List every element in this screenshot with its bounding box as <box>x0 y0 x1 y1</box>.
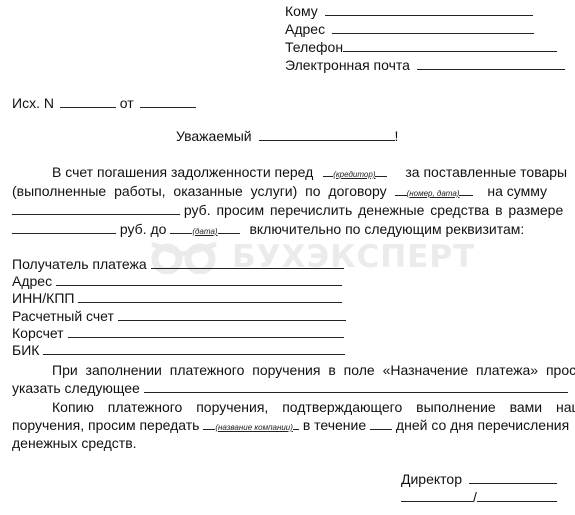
requisite-address-field[interactable] <box>56 272 342 286</box>
requisite-corr-account-field[interactable] <box>68 324 344 338</box>
copy-request-line-1: Копию платежного поручения, подтверждающ… <box>52 398 575 416</box>
requisite-address-row: Адрес <box>12 272 342 290</box>
recipient-to-row: Кому <box>285 2 533 20</box>
body-line-4: руб. до (дата) включительно по следующим… <box>12 220 524 241</box>
payment-purpose-line-2: указать следующее <box>12 379 568 397</box>
requisite-label: Расчетный счет <box>12 308 114 324</box>
body-text: за поставленные товары <box>405 164 567 180</box>
recipient-address-field[interactable] <box>332 20 534 34</box>
body-line-2: (выполненные работы, оказанные услуги) п… <box>12 182 547 203</box>
body-text: руб. просим перечислить денежные средств… <box>184 202 563 218</box>
body-text: (выполненные работы, оказанные услуги) п… <box>12 183 387 199</box>
body-line-3: руб. просим перечислить денежные средств… <box>12 201 563 219</box>
requisite-label: ИНН/КПП <box>12 290 74 306</box>
recipient-email-label: Электронная почта <box>285 57 410 73</box>
payment-purpose-field[interactable] <box>144 379 568 393</box>
requisite-recipient-row: Получатель платежа <box>12 255 344 273</box>
amount-field[interactable] <box>12 201 180 215</box>
body-text: дней со дня перечисления <box>396 417 569 433</box>
recipient-phone-row: Телефон <box>285 38 557 56</box>
greeting-punct: ! <box>395 128 399 144</box>
payment-purpose-line-1: При заполнении платежного поручения в по… <box>52 361 575 379</box>
requisite-label: Корсчет <box>12 325 64 341</box>
requisite-account-field[interactable] <box>118 307 346 321</box>
body-text: руб. до <box>120 221 167 237</box>
greeting-name-field[interactable] <box>259 127 395 141</box>
body-text: В счет погашения задолженности перед <box>52 164 313 180</box>
requisite-inn-field[interactable] <box>78 289 342 303</box>
out-number-label: Исх. N <box>12 95 54 111</box>
days-field[interactable] <box>370 416 392 430</box>
recipient-email-field[interactable] <box>417 56 565 70</box>
creditor-hint[interactable]: (кредитор) <box>333 170 375 179</box>
recipient-address-row: Адрес <box>285 20 534 38</box>
out-number-field[interactable] <box>60 94 116 108</box>
requisite-account-row: Расчетный счет <box>12 307 346 325</box>
recipient-phone-label: Телефон <box>285 39 343 55</box>
signature-title-row: Директор <box>401 470 557 488</box>
signature-field[interactable] <box>469 470 557 484</box>
requisite-recipient-field[interactable] <box>151 255 344 269</box>
body-line-1: В счет погашения задолженности перед (кр… <box>52 163 567 184</box>
greeting-row: Уважаемый ! <box>176 127 398 145</box>
recipient-to-label: Кому <box>285 3 318 19</box>
recipient-to-field[interactable] <box>325 2 533 16</box>
signature-title: Директор <box>401 471 462 487</box>
requisite-label: Адрес <box>12 273 52 289</box>
requisite-bik-field[interactable] <box>43 341 345 355</box>
transfer-amount-field[interactable] <box>12 220 116 234</box>
signature-name-field[interactable] <box>477 488 557 502</box>
body-text: поручения, просим передать <box>12 417 199 433</box>
signature-sign-field[interactable] <box>401 488 473 502</box>
reference-row: Исх. N от <box>12 94 196 112</box>
body-text: на сумму <box>487 183 547 199</box>
body-text: указать следующее <box>12 380 140 396</box>
contract-hint[interactable]: (номер, дата) <box>407 189 460 198</box>
requisite-bik-row: БИК <box>12 341 345 359</box>
greeting-text: Уважаемый <box>176 128 252 144</box>
from-date-field[interactable] <box>140 94 196 108</box>
signature-name-row: / <box>401 488 557 506</box>
recipient-address-label: Адрес <box>285 21 325 37</box>
requisite-label: Получатель платежа <box>12 256 147 272</box>
recipient-phone-field[interactable] <box>343 38 557 52</box>
from-label: от <box>120 95 134 111</box>
body-text: в течение <box>303 417 366 433</box>
requisite-label: БИК <box>12 342 39 358</box>
date-hint[interactable]: (дата) <box>192 227 217 236</box>
copy-request-line-3: денежных средств. <box>12 434 137 452</box>
body-text: включительно по следующим реквизитам: <box>249 221 524 237</box>
requisite-inn-row: ИНН/КПП <box>12 289 342 307</box>
company-hint[interactable]: (название компании) <box>215 423 293 432</box>
recipient-email-row: Электронная почта <box>285 56 565 74</box>
requisite-corr-account-row: Корсчет <box>12 324 344 342</box>
